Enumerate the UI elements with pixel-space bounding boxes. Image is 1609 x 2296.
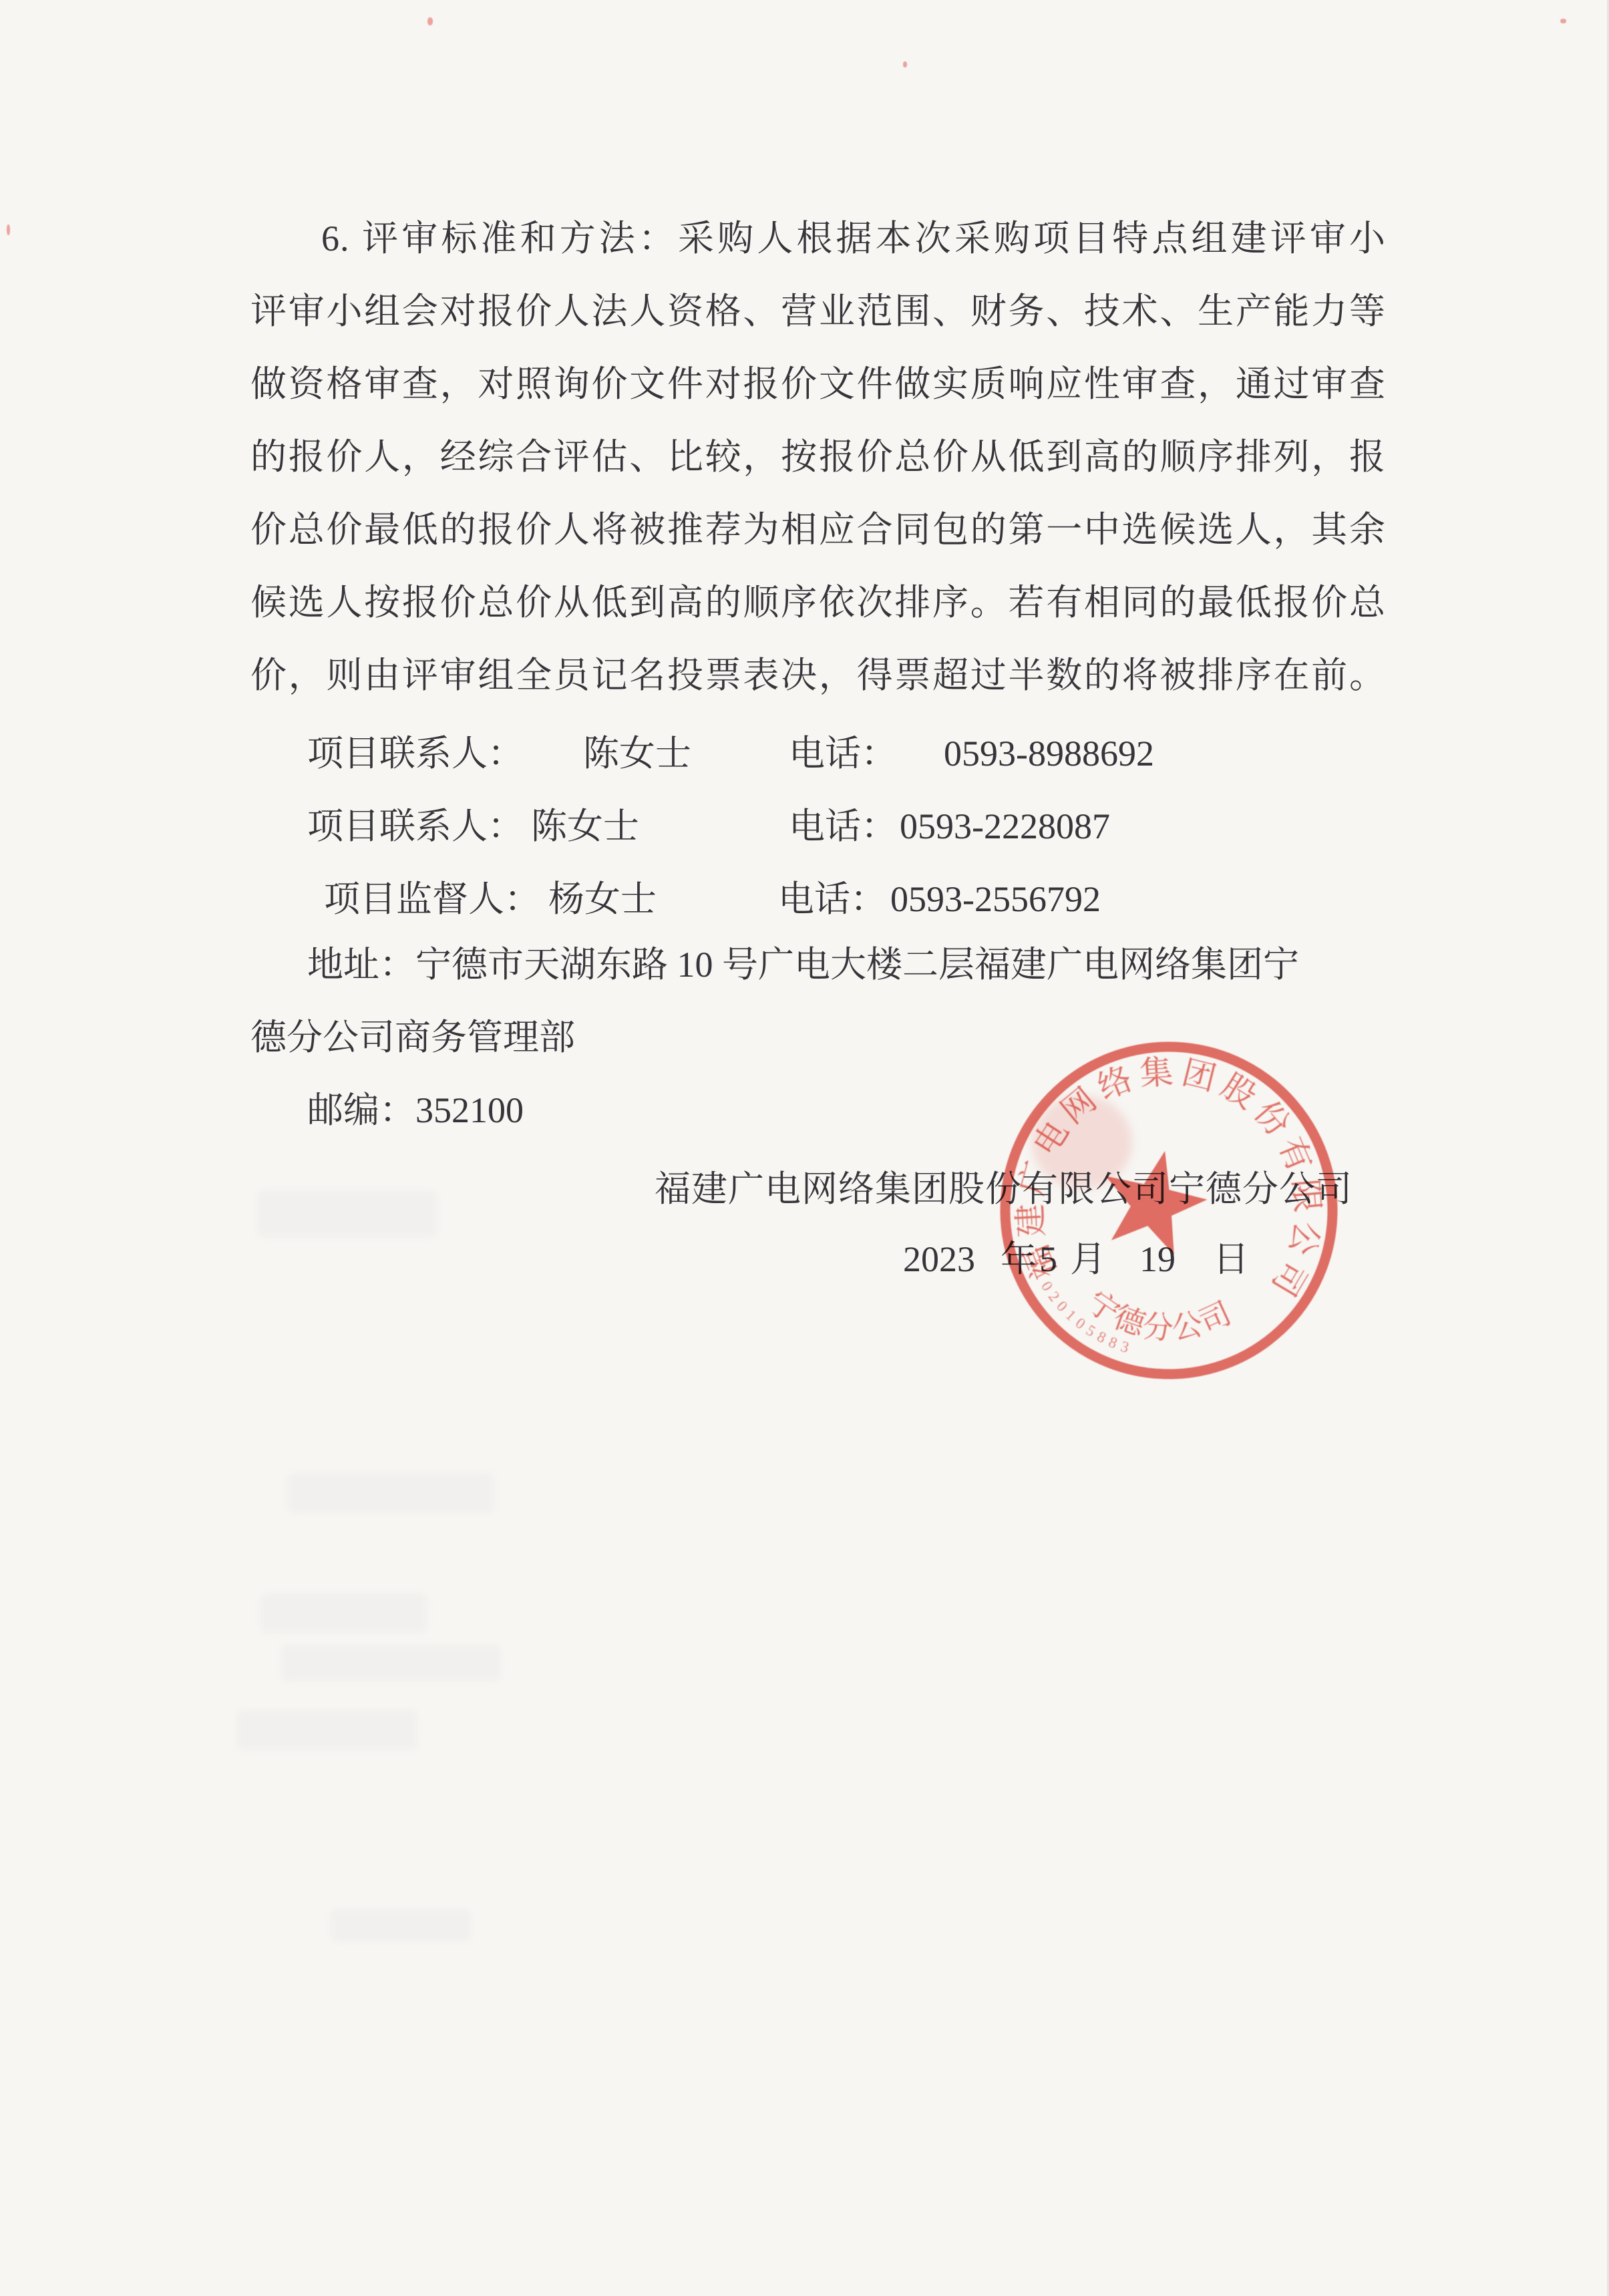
phone-number: 0593-2228087 (900, 790, 1110, 863)
contact-row: 项目联系人： 陈女士 电话： 0593-8988692 (250, 717, 1386, 790)
scanned-document-page: 6. 评审标准和方法：采购人根据本次采购项目特点组建评审小组， 评审小组会对报价… (0, 0, 1609, 2296)
seal-star-icon (1099, 1146, 1211, 1257)
red-speck-artifact (903, 61, 907, 67)
contact-name: 陈女士 (531, 790, 639, 863)
red-speck-artifact (1560, 19, 1566, 23)
ghost-artifact (281, 1645, 501, 1681)
paragraph-line: 的报价人，经综合评估、比较，按报价总价从低到高的顺序排列，报 (250, 421, 1386, 494)
date-line: 2023 年 5 月 19 日 (0, 1223, 1609, 1296)
contact-name: 杨女士 (548, 863, 657, 936)
paragraph-line: 6. 评审标准和方法：采购人根据本次采购项目特点组建评审小组， (250, 202, 1386, 275)
ghost-artifact (237, 1710, 417, 1750)
paragraph-line: 候选人按报价总价从低到高的顺序依次排序。若有相同的最低报价总 (250, 566, 1386, 639)
phone-label: 电话： (789, 717, 897, 790)
contact-label: 项目监督人： (324, 863, 540, 936)
paragraph-line: 做资格审查，对照询价文件对报价文件做实质响应性审查，通过审查 (250, 348, 1386, 421)
seal-top-text: 福建广电网络集团股份有限公司 (1004, 1039, 1340, 1310)
ghost-artifact (257, 1190, 437, 1237)
phone-number: 0593-2556792 (890, 863, 1101, 936)
date-year: 2023 (903, 1223, 975, 1296)
contact-label: 项目联系人： (307, 717, 524, 790)
paragraph-line: 价总价最低的报价人将被推荐为相应合同包的第一中选候选人，其余 (250, 494, 1386, 566)
contact-row: 项目监督人： 杨女士 电话： 0593-2556792 (250, 863, 1386, 936)
contact-label: 项目联系人： (307, 790, 524, 863)
postal-code-line: 邮编：352100 (307, 1074, 524, 1147)
ghost-artifact (260, 1593, 427, 1633)
address-line: 地址：宁德市天湖东路 10 号广电大楼二层福建广电网络集团宁 (250, 929, 1386, 1001)
paragraph-line: 评审小组会对报价人法人资格、营业范围、财务、技术、生产能力等 (250, 275, 1386, 348)
contact-block: 项目联系人： 陈女士 电话： 0593-8988692 项目联系人： 陈女士 电… (250, 717, 1386, 936)
phone-label: 电话： (778, 863, 886, 936)
phone-label: 电话： (789, 790, 897, 863)
official-seal-stamp: 福建广电网络集团股份有限公司 宁德分公司 51020105883 (977, 1019, 1361, 1402)
paragraph-line: 价，则由评审组全员记名投票表决，得票超过半数的将被排序在前。 (250, 639, 1386, 712)
ghost-artifact (331, 1909, 471, 1942)
contact-name: 陈女士 (583, 717, 691, 790)
red-speck-artifact (427, 17, 433, 25)
red-speck-artifact (7, 224, 10, 235)
evaluation-paragraph: 6. 评审标准和方法：采购人根据本次采购项目特点组建评审小组， 评审小组会对报价… (250, 202, 1386, 712)
phone-number: 0593-8988692 (944, 717, 1154, 790)
contact-row: 项目联系人： 陈女士 电话： 0593-2228087 (250, 790, 1386, 863)
ghost-artifact (287, 1473, 494, 1513)
